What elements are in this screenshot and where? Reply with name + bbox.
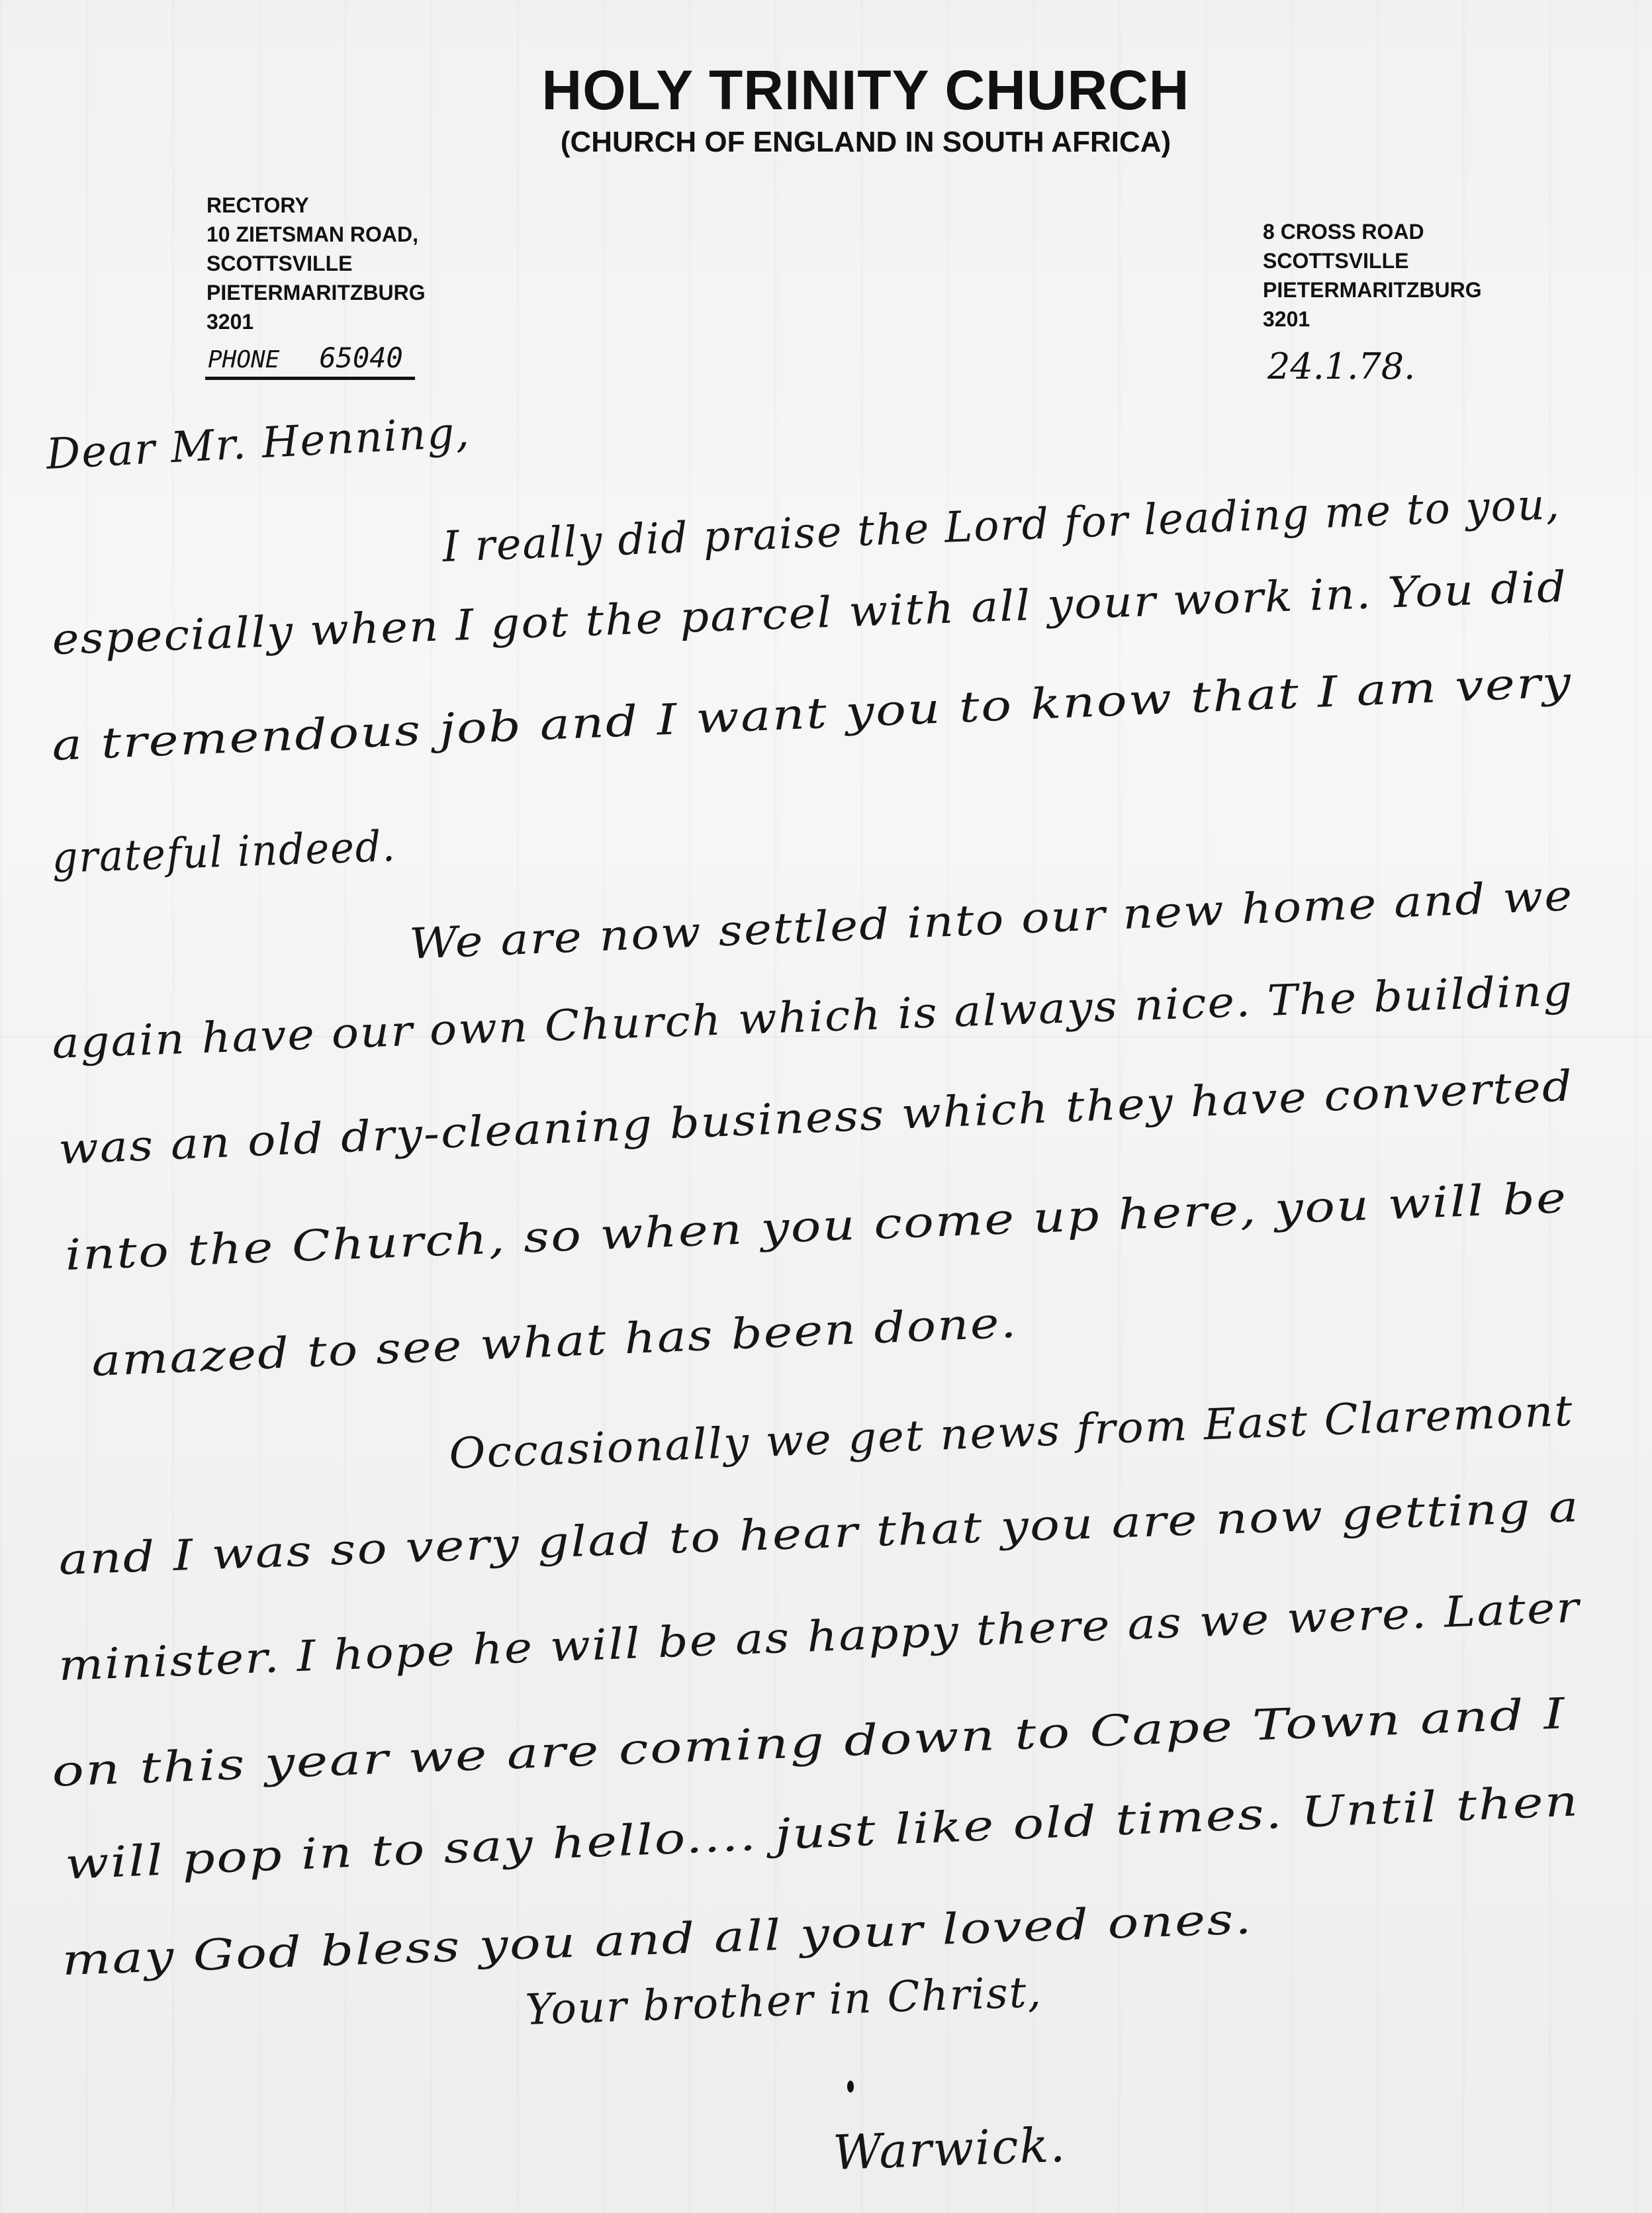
address-line: RECTORY [206,191,426,220]
church-address: 8 CROSS ROAD SCOTTSVILLE PIETERMARITZBUR… [1263,217,1482,334]
phone-number: 65040 [319,342,402,374]
letterhead-subtitle: (CHURCH OF ENGLAND IN SOUTH AFRICA) [0,126,1652,159]
address-line: 3201 [206,307,426,336]
address-line: 10 ZIETSMAN ROAD, [206,220,426,249]
address-line: PIETERMARITZBURG [1263,275,1482,305]
ink-blot [847,2081,854,2093]
handwritten-phone: PHONE65040 [205,342,415,380]
phone-label: PHONE [208,346,279,373]
letterhead-title: HOLY TRINITY CHURCH [0,58,1652,122]
letter-date: 24.1.78. [1267,346,1415,387]
rectory-address: RECTORY 10 ZIETSMAN ROAD, SCOTTSVILLE PI… [206,191,426,336]
signature: Warwick. [832,2117,1067,2181]
address-line: 3201 [1263,305,1482,334]
address-line: SCOTTSVILLE [206,249,426,278]
address-line: SCOTTSVILLE [1263,246,1482,275]
address-line: 8 CROSS ROAD [1263,217,1482,246]
address-line: PIETERMARITZBURG [206,278,426,307]
